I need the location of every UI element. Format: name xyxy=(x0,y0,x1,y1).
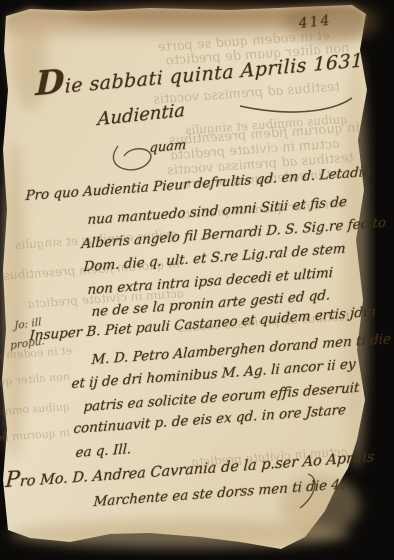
left-edge-shading xyxy=(2,140,26,460)
manuscript-scan: et in eodem quod se partenon aliter quam… xyxy=(0,0,394,560)
page-number: 414 xyxy=(298,13,332,32)
right-edge-shading xyxy=(344,50,368,470)
